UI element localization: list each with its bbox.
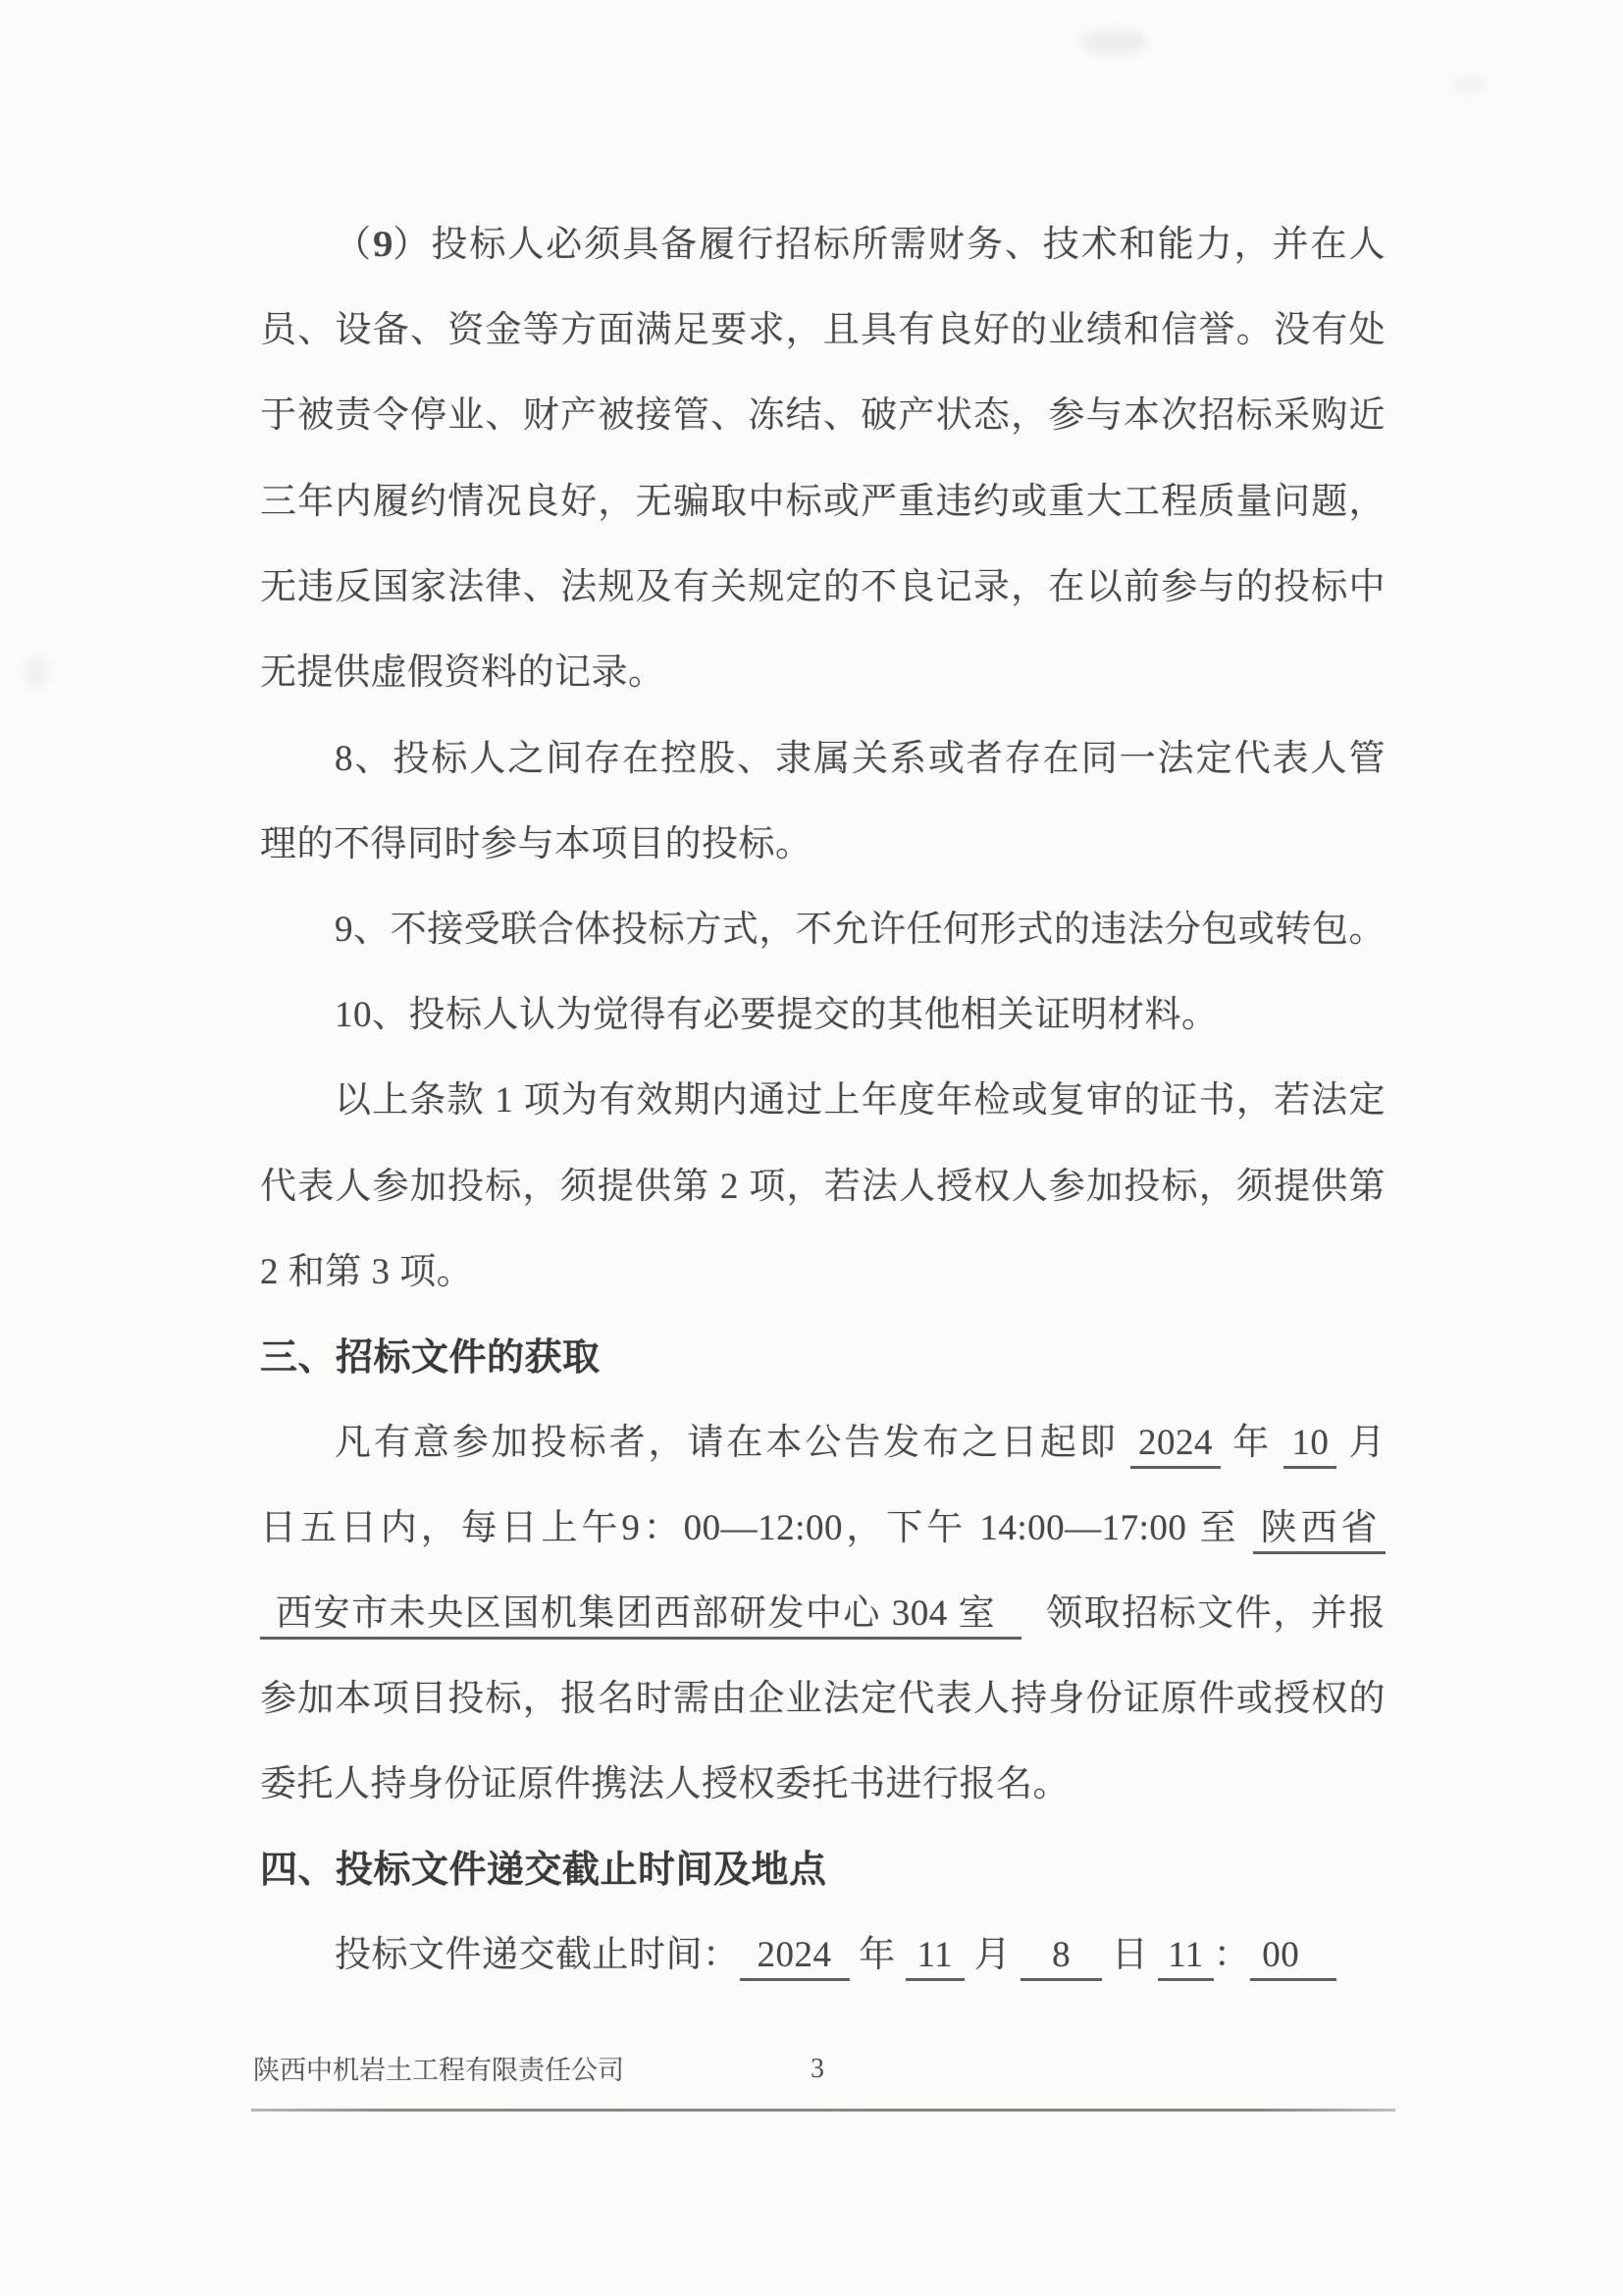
pickup-location-address: 西安市未央区国机集团西部研发中心 304 室: [260, 1593, 1021, 1640]
paragraph-line-deadline: 投标文件递交截止时间：2024 年 11 月 8 日 11：00: [260, 1928, 1386, 1983]
scan-artifact: [1079, 29, 1148, 55]
line-text: ）投标人必须具备履行招标所需财务、技术和能力，并在人: [392, 225, 1386, 265]
paragraph-line: 理的不得同时参与本项目的投标。: [260, 817, 1386, 872]
line-text: 日五日内，每日上午9：00—12:00，下午 14:00—17:00 至: [260, 1508, 1253, 1548]
colon-separator: ：: [1214, 1935, 1251, 1975]
pickup-location-province: 陕西省: [1253, 1508, 1386, 1554]
paragraph-line-announcement-date: 凡有意参加投标者，请在本公告发布之日起即 2024 年 10 月 30: [260, 1416, 1386, 1471]
section-heading-document-acquisition: 三、招标文件的获取: [260, 1331, 1386, 1385]
footer-company-name: 陕西中机岩土工程有限责任公司: [253, 2054, 624, 2087]
deadline-hour-value: 11: [1158, 1935, 1214, 1981]
day-label: 日: [1102, 1935, 1158, 1975]
item-number-overstruck: 9: [373, 225, 392, 265]
paragraph-line: 代表人参加投标，须提供第 2 项，若法人授权人参加投标，须提供第: [260, 1160, 1386, 1215]
paragraph-line: 2 和第 3 项。: [260, 1245, 1386, 1300]
deadline-minute-value: 00: [1250, 1935, 1336, 1981]
year-label: 年: [850, 1935, 906, 1975]
paragraph-line: 员、设备、资金等方面满足要求，且具有良好的业绩和信誉。没有处: [260, 303, 1386, 358]
deadline-month-value: 11: [906, 1935, 966, 1981]
section-heading-submission-deadline: 四、投标文件递交截止时间及地点: [260, 1843, 1386, 1898]
deadline-year-value: 2024: [740, 1935, 850, 1981]
document-page: （9）投标人必须具备履行招标所需财务、技术和能力，并在人 员、设备、资金等方面满…: [0, 0, 1623, 2296]
deadline-label: 投标文件递交截止时间：: [335, 1935, 740, 1975]
paragraph-line-item-9: 9、不接受联合体投标方式，不允许任何形式的违法分包或转包。: [260, 903, 1386, 958]
month-label: 月: [965, 1935, 1021, 1975]
paragraph-line: 三年内履约情况良好，无骗取中标或严重违约或重大工程质量问题，: [260, 475, 1386, 530]
page-number: 3: [811, 2053, 824, 2086]
paragraph-line-pickup-address: 西安市未央区国机集团西部研发中心 304 室 领取招标文件，并报名: [260, 1587, 1386, 1642]
scan-artifact: [1452, 77, 1486, 94]
paragraph-line: 无提供虚假资料的记录。: [260, 646, 1386, 701]
month-label: 月: [1336, 1423, 1386, 1463]
announcement-month-value: 10: [1283, 1423, 1336, 1469]
paragraph-line-item-8: 8、投标人之间存在控股、隶属关系或者存在同一法定代表人管: [260, 732, 1386, 787]
year-label: 年: [1221, 1423, 1283, 1463]
paragraph-line: 无违反国家法律、法规及有关规定的不良记录，在以前参与的投标中: [260, 560, 1386, 615]
deadline-day-value: 8: [1021, 1935, 1102, 1981]
footer-rule: [251, 2109, 1395, 2112]
paragraph-line: 于被责令停业、财产被接管、冻结、破产状态，参与本次招标采购近: [260, 389, 1386, 444]
paragraph-line-item-10: 10、投标人认为觉得有必要提交的其他相关证明材料。: [260, 988, 1386, 1043]
paragraph-line: （9）投标人必须具备履行招标所需财务、技术和能力，并在人: [260, 218, 1386, 273]
announcement-year-value: 2024: [1130, 1423, 1221, 1469]
line-text: 凡有意参加投标者，请在本公告发布之日起即: [335, 1423, 1130, 1463]
paragraph-line: 以上条款 1 项为有效期内通过上年度年检或复审的证书，若法定: [260, 1073, 1386, 1128]
paragraph-line: 委托人持身份证原件携法人授权委托书进行报名。: [260, 1757, 1386, 1812]
scan-artifact: [26, 655, 47, 689]
paragraph-line: 参加本项目投标，报名时需由企业法定代表人持身份证原件或授权的: [260, 1672, 1386, 1727]
paren-open: （: [335, 225, 373, 265]
paragraph-line-office-hours: 日五日内，每日上午9：00—12:00，下午 14:00—17:00 至 陕西省: [260, 1501, 1386, 1556]
